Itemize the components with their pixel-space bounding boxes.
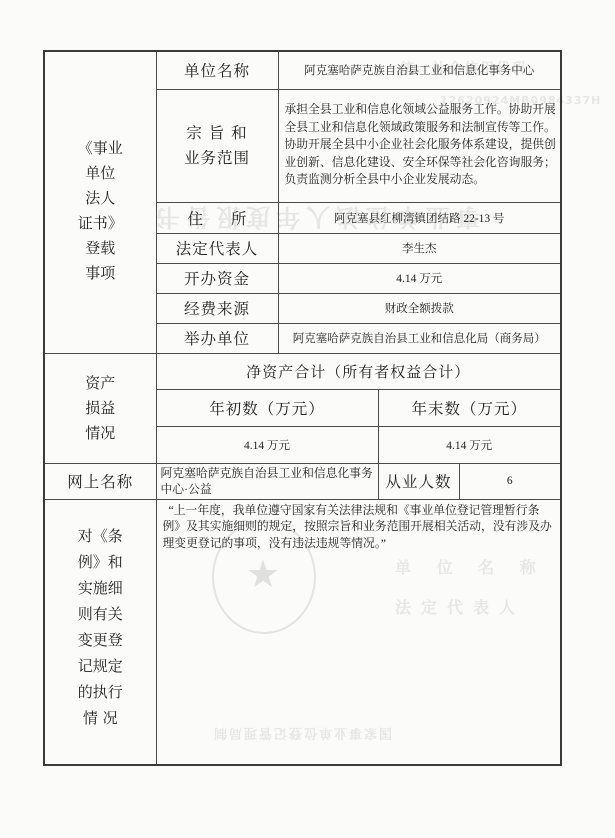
row-online-name: 网上名称 阿克塞哈萨克族自治县工业和信息化事务中心·公益 从业人数 6 [44,463,561,499]
label-line: 则有关 [78,601,123,627]
online-name-label: 网上名称 [44,463,156,499]
annual-report-table: 《事业 单位 法人 证书》 登载 事项 单位名称 阿克塞哈萨克族自治县工业和信息… [43,50,562,766]
label-text: 住所 [159,210,274,228]
label-line: 法人 [78,186,123,211]
year-end-header: 年末数（万元） [378,389,561,426]
label-line: 情 况 [78,705,123,731]
label-line: 业务范围 [184,146,250,171]
legal-rep-label: 法定代表人 [156,233,278,263]
label-line: 例》和 [78,549,123,575]
compliance-section-label: 对《条 例》和 实施细 则有关 变更登 记规定 的执行 情 况 [44,499,156,765]
unit-name-label: 单位名称 [156,51,278,89]
start-capital-value: 4.14 万元 [278,263,561,293]
row-compliance: 对《条 例》和 实施细 则有关 变更登 记规定 的执行 情 况 “上一年度，我单… [44,499,561,765]
label-line: 资产 [85,371,115,396]
address-label: 住所 [156,202,278,233]
label-line: 宗 旨 和 [184,121,250,146]
registration-section-label: 《事业 单位 法人 证书》 登载 事项 [44,51,156,353]
label-line: 登载 [78,236,123,261]
label-line: 单位 [78,161,123,186]
net-assets-title: 净资产合计（所有者权益合计） [156,353,561,389]
label-line: 的执行 [78,679,123,705]
purpose-scope-value: 承担全县工业和信息化领域公益服务工作。协助开展全县工业和信息化领域政策服务和法制… [278,89,561,202]
year-start-value: 4.14 万元 [156,426,378,463]
label-line: 记规定 [78,653,123,679]
label-line: 《事业 [78,136,123,161]
address-value: 阿克塞县红柳湾镇团结路 22-13 号 [278,202,561,233]
label-line: 情况 [85,421,115,446]
purpose-scope-label: 宗 旨 和 业务范围 [156,89,278,202]
label-line: 证书》 [78,211,123,236]
label-line: 损益 [85,396,115,421]
label-line: 事项 [78,261,123,286]
assets-section-label: 资产 损益 情况 [44,353,156,463]
sponsor-value: 阿克塞哈萨克族自治县工业和信息化局（商务局） [278,323,561,353]
year-end-value: 4.14 万元 [378,426,561,463]
funding-source-value: 财政全额拨款 [278,293,561,323]
funding-source-label: 经费来源 [156,293,278,323]
start-capital-label: 开办资金 [156,263,278,293]
row-unit-name: 《事业 单位 法人 证书》 登载 事项 单位名称 阿克塞哈萨克族自治县工业和信息… [44,51,561,89]
year-start-header: 年初数（万元） [156,389,378,426]
sponsor-label: 举办单位 [156,323,278,353]
label-line: 实施细 [78,575,123,601]
row-net-assets-title: 资产 损益 情况 净资产合计（所有者权益合计） [44,353,561,389]
staff-count-label: 从业人数 [378,463,459,499]
label-line: 变更登 [78,627,123,653]
unit-name-value: 阿克塞哈萨克族自治县工业和信息化事务中心 [278,51,561,89]
online-name-value: 阿克塞哈萨克族自治县工业和信息化事务中心·公益 [156,463,378,499]
legal-rep-value: 李生杰 [278,233,561,263]
label-line: 对《条 [78,523,123,549]
staff-count-value: 6 [459,463,561,499]
compliance-statement: “上一年度，我单位遵守国家有关法律法规和《事业单位登记管理暂行条例》及其实施细则… [156,499,561,765]
